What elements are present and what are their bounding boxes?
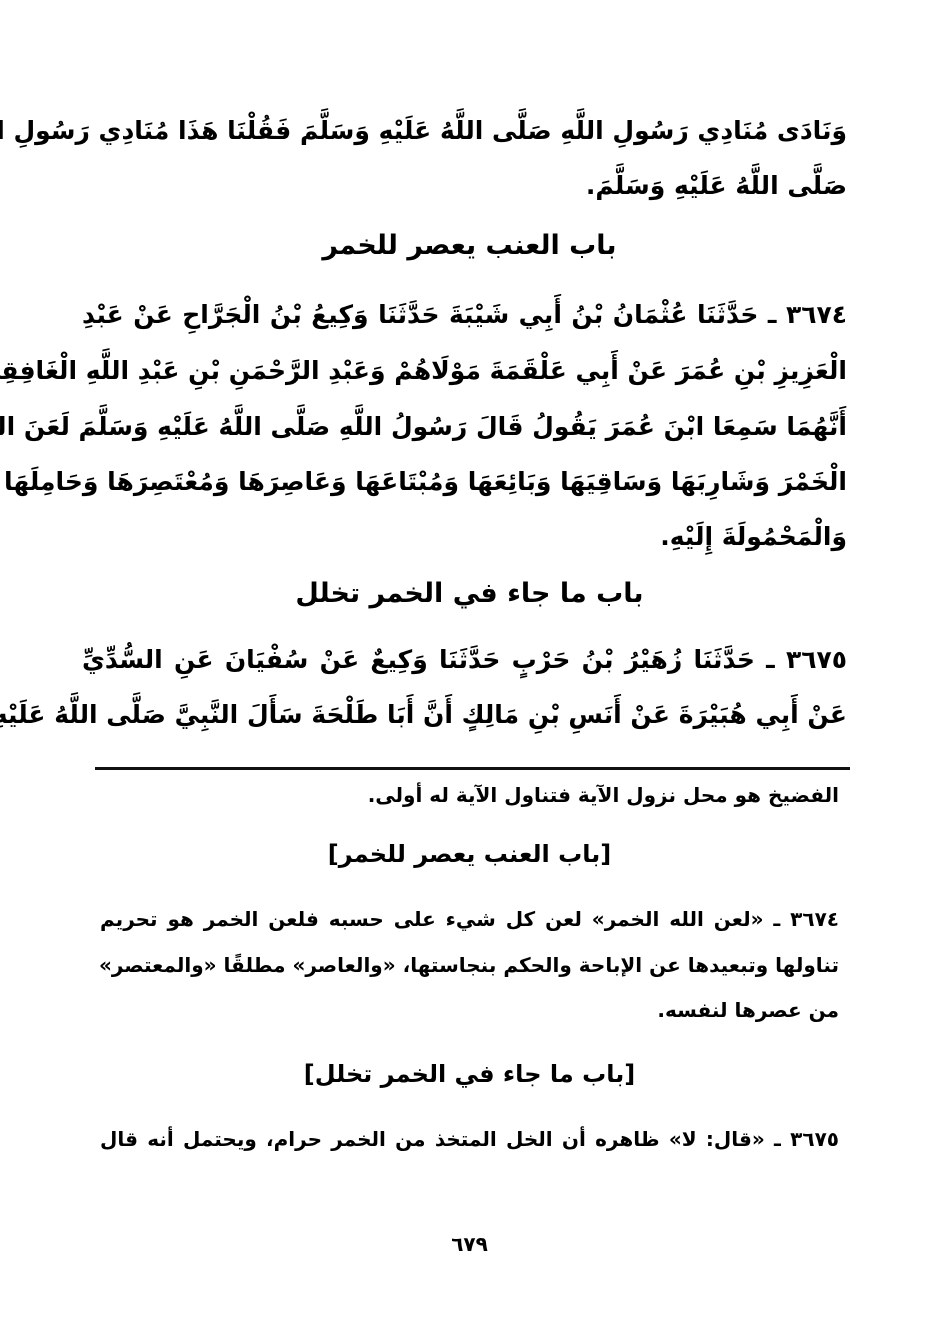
commentary-line: ٣٦٧٤ ـ «لعن الله الخمر» لعن كل شيء على ح… xyxy=(100,907,839,931)
chapter-heading: باب العنب يعصر للخمر xyxy=(0,230,939,261)
commentary-line: من عصرها لنفسه. xyxy=(100,998,839,1022)
main-text-line: صَلَّى اللَّهُ عَلَيْهِ وَسَلَّمَ. xyxy=(82,171,847,200)
page-number: ٦٧٩ xyxy=(0,1232,939,1256)
document-page: وَنَادَى مُنَادِي رَسُولِ اللَّهِ صَلَّى… xyxy=(0,0,939,1336)
commentary-heading: [باب العنب يعصر للخمر] xyxy=(0,840,939,868)
hadith-line: ٣٦٧٥ ـ حَدَّثَنَا زُهَيْرُ بْنُ حَرْبٍ ح… xyxy=(82,645,847,674)
commentary-line: الفضيخ هو محل نزول الآية فتناول الآية له… xyxy=(100,783,839,807)
main-text-line: وَنَادَى مُنَادِي رَسُولِ اللَّهِ صَلَّى… xyxy=(82,116,847,145)
commentary-line: ٣٦٧٥ ـ «قال: لا» ظاهره أن الخل المتخذ من… xyxy=(100,1127,839,1151)
commentary-line: تناولها وتبعيدها عن الإباحة والحكم بنجاس… xyxy=(100,953,839,977)
hadith-line: الْعَزِيزِ بْنِ عُمَرَ عَنْ أَبِي عَلْقَ… xyxy=(82,356,847,385)
chapter-heading: باب ما جاء في الخمر تخلل xyxy=(0,578,939,609)
hadith-line: الْخَمْرَ وَشَارِبَهَا وَسَاقِيَهَا وَبَ… xyxy=(82,467,847,496)
hadith-line: أَنَّهُمَا سَمِعَا ابْنَ عُمَرَ يَقُولُ … xyxy=(82,412,847,441)
commentary-heading: [باب ما جاء في الخمر تخلل] xyxy=(0,1060,939,1088)
hadith-line: ٣٦٧٤ ـ حَدَّثَنَا عُثْمَانُ بْنُ أَبِي ش… xyxy=(82,300,847,329)
footnote-divider xyxy=(95,767,850,770)
hadith-line: عَنْ أَبِي هُبَيْرَةَ عَنْ أَنَسِ بْنِ م… xyxy=(82,700,847,729)
hadith-line: وَالْمَحْمُولَةَ إِلَيْهِ. xyxy=(82,522,847,551)
